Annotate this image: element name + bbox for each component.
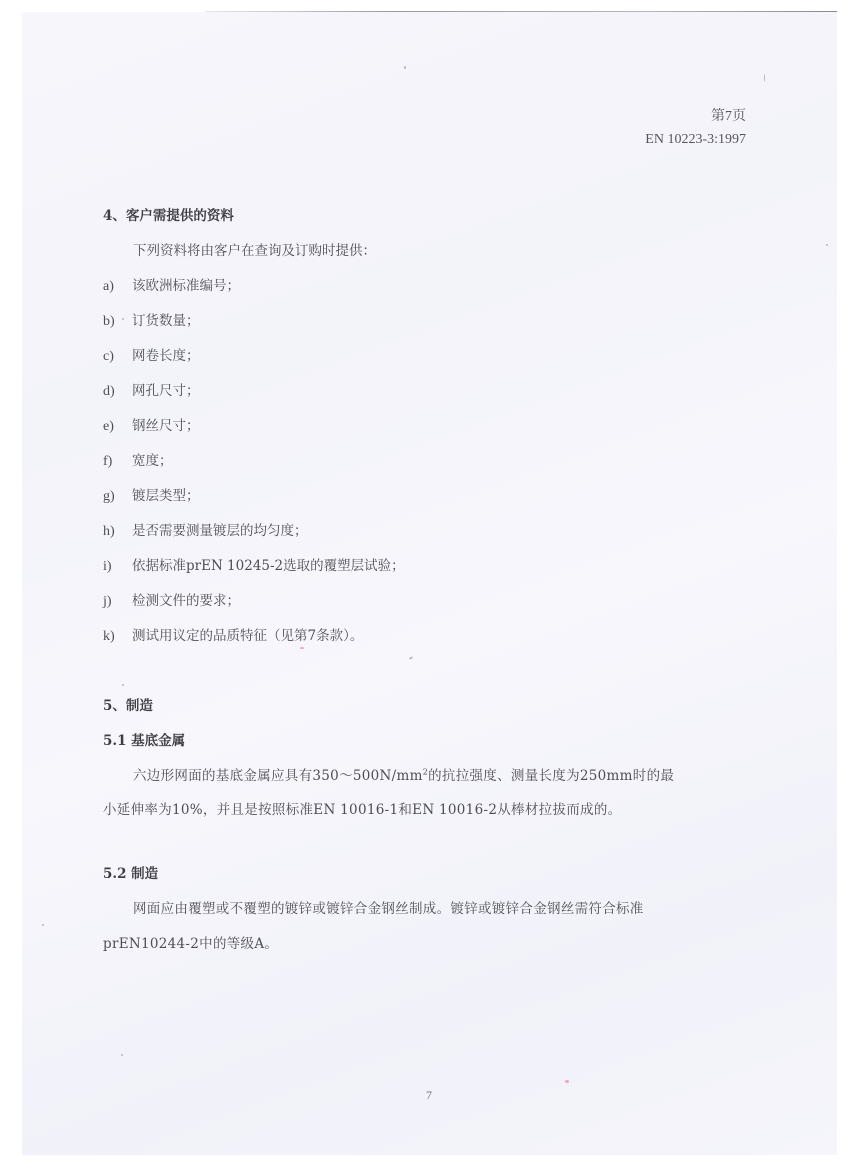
text-span: 六边形网面的基底金属应具有350～500N/mm — [133, 768, 423, 784]
text-span: 的抗拉强度、测量长度为250mm时的最 — [428, 768, 674, 784]
scan-speck — [826, 244, 828, 246]
list-marker: e) — [103, 417, 132, 437]
section-5-heading: 5、制造 — [103, 696, 153, 716]
list-item: k)测试用议定的品质特征（见第7条款）。 — [103, 626, 363, 647]
list-marker: k) — [103, 627, 132, 647]
list-marker: f) — [103, 452, 132, 472]
list-item: j)检测文件的要求； — [103, 591, 240, 612]
standard-code: EN 10223-3:1997 — [645, 128, 746, 151]
section-5-2-paragraph-line-2: prEN10244-2中的等级A。 — [103, 934, 278, 954]
list-item-text: 是否需要测量镀层的均匀度； — [132, 521, 308, 541]
list-marker: i) — [103, 557, 132, 577]
list-marker: c) — [103, 347, 132, 367]
list-item-text: 依据标准prEN 10245-2选取的覆塑层试验； — [132, 556, 405, 576]
scan-edge-line — [205, 11, 837, 12]
list-marker: d) — [103, 382, 132, 402]
scan-speck — [764, 74, 765, 82]
list-item-text: 该欧洲标准编号； — [132, 276, 240, 296]
list-item: g)镀层类型； — [103, 486, 200, 507]
list-marker: j) — [103, 592, 132, 612]
section-4-intro: 下列资料将由客户在查询及订购时提供： — [133, 241, 376, 261]
list-item: b)订货数量； — [103, 311, 200, 332]
section-5-2-paragraph-line-1: 网面应由覆塑或不覆塑的镀锌或镀锌合金钢丝制成。镀锌或镀锌合金钢丝需符合标准 — [133, 899, 644, 919]
scan-speck — [565, 1080, 569, 1083]
list-item-text: 镀层类型； — [132, 486, 200, 506]
list-item-text: 检测文件的要求； — [132, 591, 240, 611]
list-item: i)依据标准prEN 10245-2选取的覆塑层试验； — [103, 556, 405, 577]
scan-speck — [404, 66, 406, 69]
page-number: 7 — [426, 1088, 432, 1103]
scan-speck — [121, 1054, 123, 1056]
list-item: f)宽度； — [103, 451, 173, 472]
list-item-text: 测试用议定的品质特征（见第7条款）。 — [132, 626, 363, 646]
list-marker: a) — [103, 277, 132, 297]
list-item-text: 网孔尺寸； — [132, 381, 200, 401]
page-label: 第7页 — [645, 105, 746, 128]
scan-speck — [122, 684, 124, 686]
section-5-1-paragraph-line-1: 六边形网面的基底金属应具有350～500N/mm2的抗拉强度、测量长度为250m… — [133, 766, 674, 786]
section-5-1-heading: 5.1 基底金属 — [103, 731, 185, 751]
section-4-heading: 4、客户需提供的资料 — [103, 206, 234, 226]
page-header: 第7页 EN 10223-3:1997 — [645, 105, 746, 151]
list-item: e)钢丝尺寸； — [103, 416, 200, 437]
list-item: h)是否需要测量镀层的均匀度； — [103, 521, 308, 542]
section-5-2-heading: 5.2 制造 — [103, 864, 158, 884]
list-item: c)网卷长度； — [103, 346, 200, 367]
list-item-text: 网卷长度； — [132, 346, 200, 366]
list-item-text: 钢丝尺寸； — [132, 416, 200, 436]
list-item: d)网孔尺寸； — [103, 381, 200, 402]
list-item-text: 订货数量； — [132, 311, 200, 331]
list-item: a)该欧洲标准编号； — [103, 276, 240, 297]
list-marker: b) — [103, 312, 132, 332]
scan-speck — [42, 924, 44, 926]
section-5-1-paragraph-line-2: 小延伸率为10%，并且是按照标准EN 10016-1和EN 10016-2从棒材… — [103, 800, 621, 820]
list-item-text: 宽度； — [132, 451, 173, 471]
list-marker: g) — [103, 487, 132, 507]
scanned-page-background — [22, 12, 837, 1155]
list-marker: h) — [103, 522, 132, 542]
scan-speck — [300, 647, 304, 649]
